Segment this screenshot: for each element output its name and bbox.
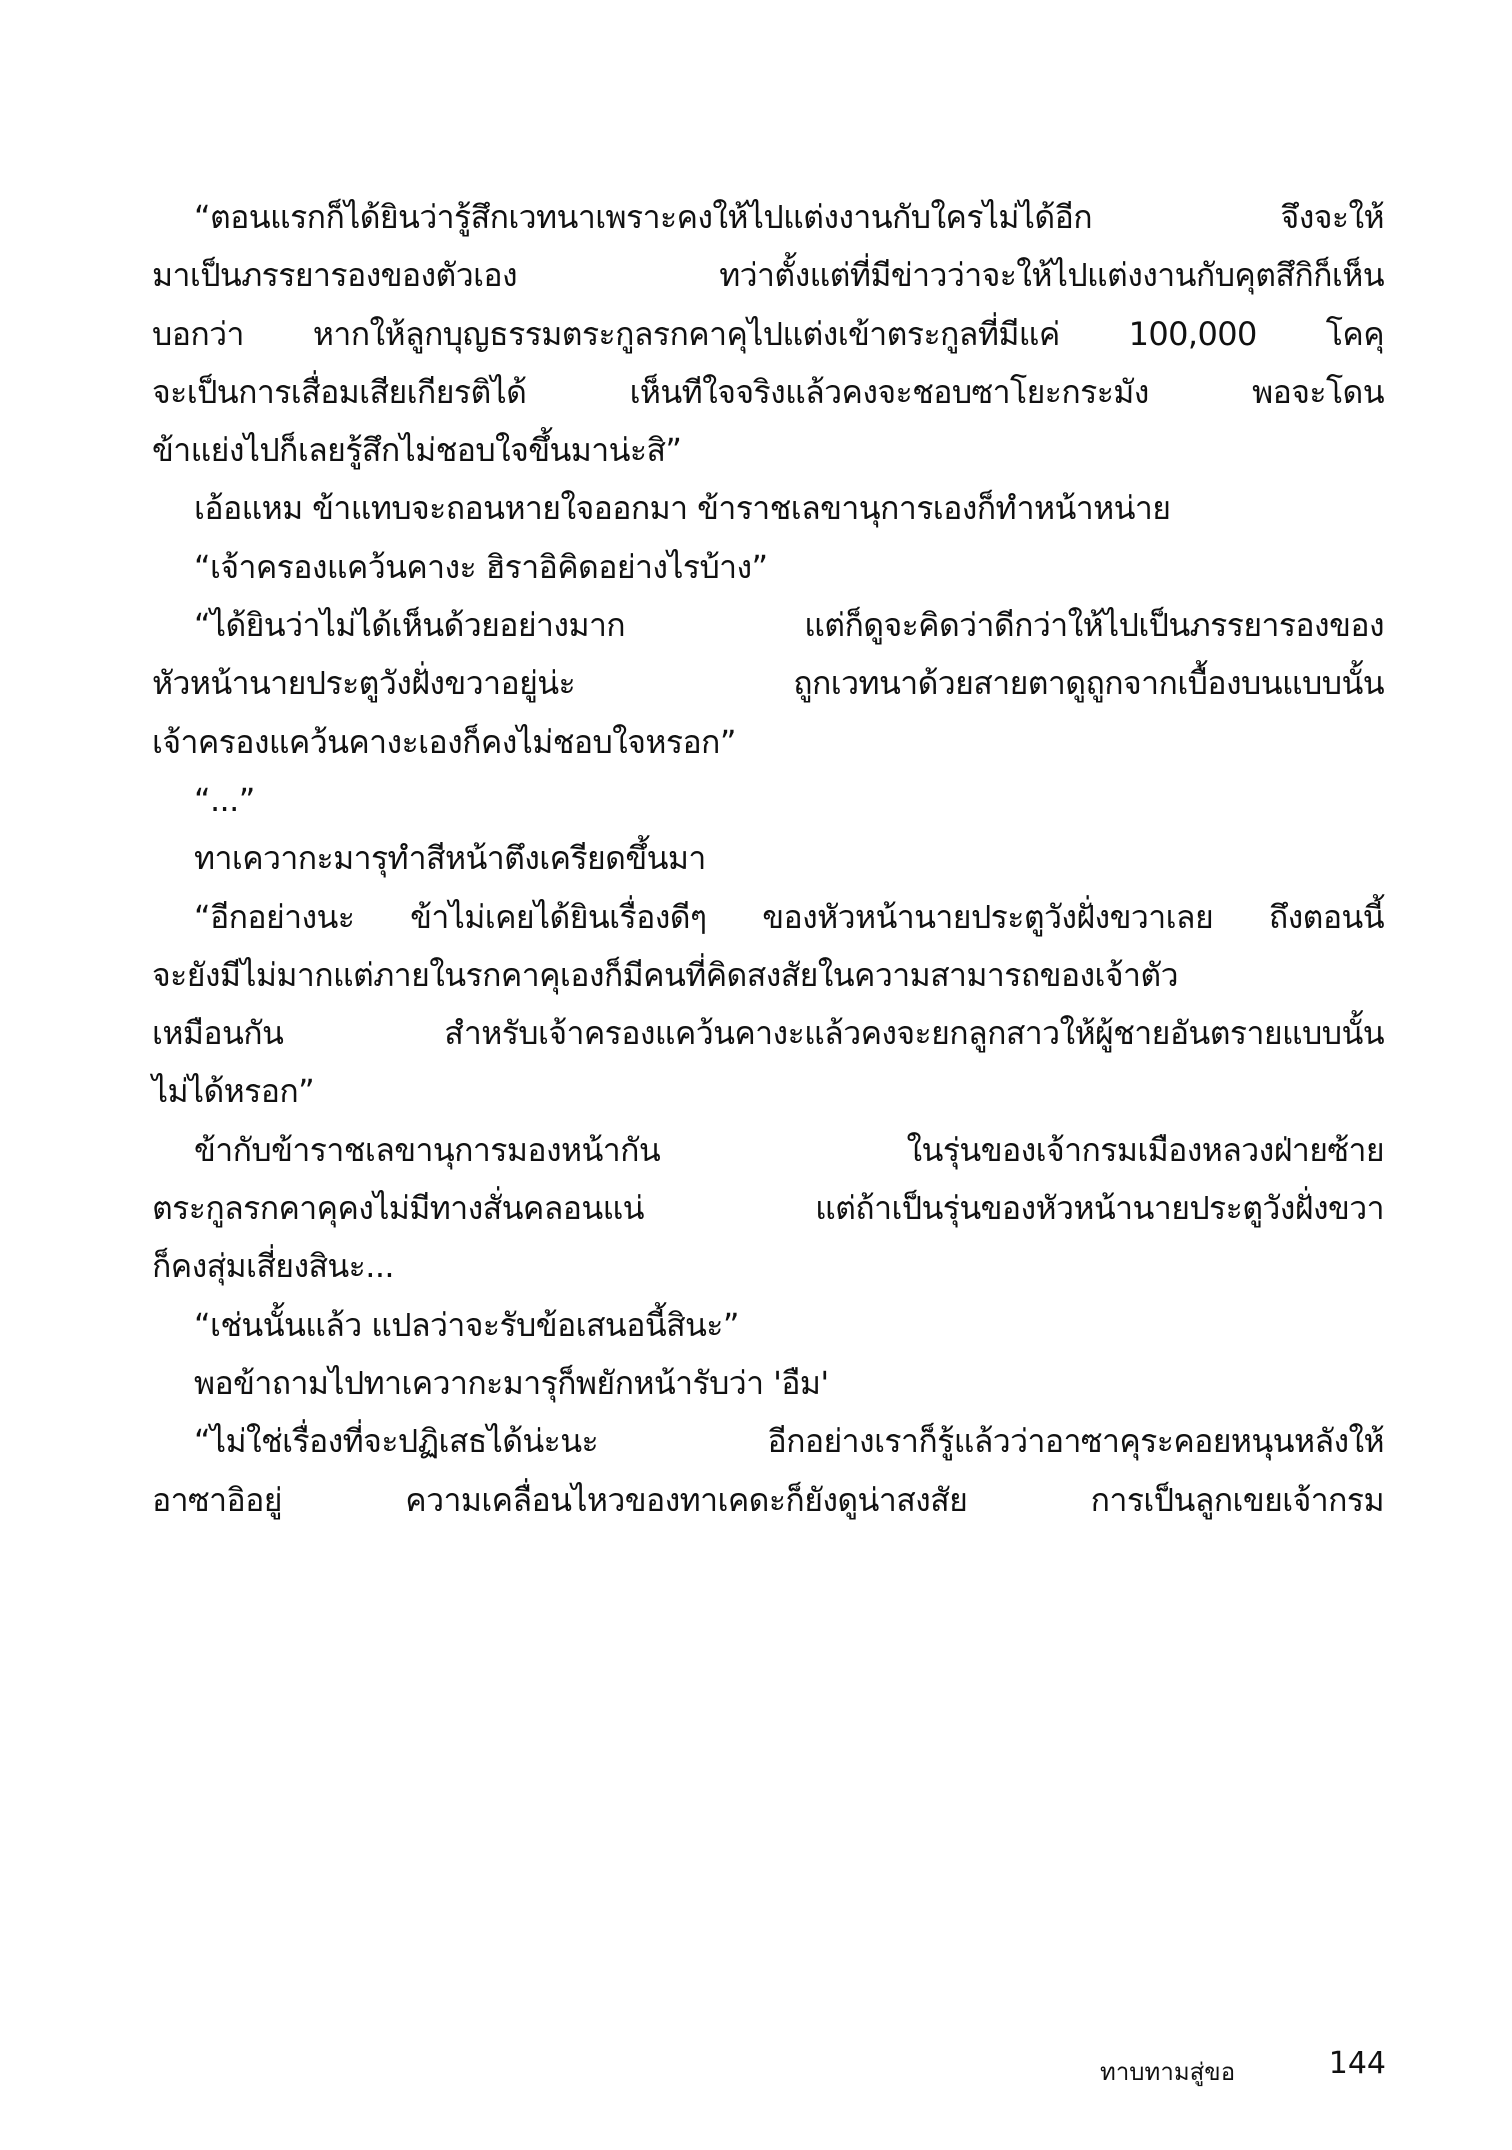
running-title: ทาบทามสู่ขอ — [1100, 2052, 1235, 2091]
text-line: เหมือนกัน สำหรับเจ้าครองแคว้นคางะแล้วคงจ… — [152, 1004, 1384, 1062]
text-line: จะยังมีไม่มากแต่ภายในรกคาคุเองก็มีคนที่ค… — [152, 946, 1384, 1004]
text-line: พอข้าถามไปทาเควากะมารุก็พยักหน้ารับว่า '… — [152, 1354, 1384, 1412]
text-line: ทาเควากะมารุทำสีหน้าตึงเครียดขึ้นมา — [152, 829, 1384, 887]
text-line: ข้าแย่งไปก็เลยรู้สึกไม่ชอบใจขึ้นมาน่ะสิ” — [152, 421, 1384, 479]
text-line: บอกว่า หากให้ลูกบุญธรรมตระกูลรกคาคุไปแต่… — [152, 305, 1384, 363]
text-line: “...” — [152, 771, 1384, 829]
text-line: อาซาอิอยู่ ความเคลื่อนไหวของทาเคดะก็ยังด… — [152, 1471, 1384, 1529]
page-number: 144 — [1329, 2046, 1386, 2081]
text-line: “เจ้าครองแคว้นคางะ ฮิราอิคิดอย่างไรบ้าง” — [152, 538, 1384, 596]
text-line: ก็คงสุ่มเสี่ยงสินะ... — [152, 1237, 1384, 1295]
text-line: “อีกอย่างนะ ข้าไม่เคยได้ยินเรื่องดีๆ ของ… — [152, 888, 1384, 946]
text-line: หัวหน้านายประตูวังฝั่งขวาอยู่น่ะ ถูกเวทน… — [152, 654, 1384, 712]
text-line: เจ้าครองแคว้นคางะเองก็คงไม่ชอบใจหรอก” — [152, 713, 1384, 771]
text-line: ไม่ได้หรอก” — [152, 1062, 1384, 1120]
page-footer: ทาบทามสู่ขอ 144 — [1100, 2046, 1390, 2086]
body-text: “ตอนแรกก็ได้ยินว่ารู้สึกเวทนาเพราะคงให้ไ… — [152, 188, 1384, 1529]
text-line: ตระกูลรกคาคุคงไม่มีทางสั่นคลอนแน่ แต่ถ้า… — [152, 1179, 1384, 1237]
book-page: “ตอนแรกก็ได้ยินว่ารู้สึกเวทนาเพราะคงให้ไ… — [0, 0, 1512, 2150]
text-line: “ได้ยินว่าไม่ได้เห็นด้วยอย่างมาก แต่ก็ดู… — [152, 596, 1384, 654]
text-line: “เช่นนั้นแล้ว แปลว่าจะรับข้อเสนอนี้สินะ” — [152, 1296, 1384, 1354]
text-line: “ตอนแรกก็ได้ยินว่ารู้สึกเวทนาเพราะคงให้ไ… — [152, 188, 1384, 246]
text-line: “ไม่ใช่เรื่องที่จะปฏิเสธได้น่ะนะ อีกอย่า… — [152, 1412, 1384, 1470]
text-line: ข้ากับข้าราชเลขานุการมองหน้ากัน ในรุ่นขอ… — [152, 1121, 1384, 1179]
text-line: เอ้อแหม ข้าแทบจะถอนหายใจออกมา ข้าราชเลขา… — [152, 479, 1384, 537]
text-line: มาเป็นภรรยารองของตัวเอง ทว่าตั้งแต่ที่มี… — [152, 246, 1384, 304]
text-line: จะเป็นการเสื่อมเสียเกียรติได้ เห็นทีใจจร… — [152, 363, 1384, 421]
